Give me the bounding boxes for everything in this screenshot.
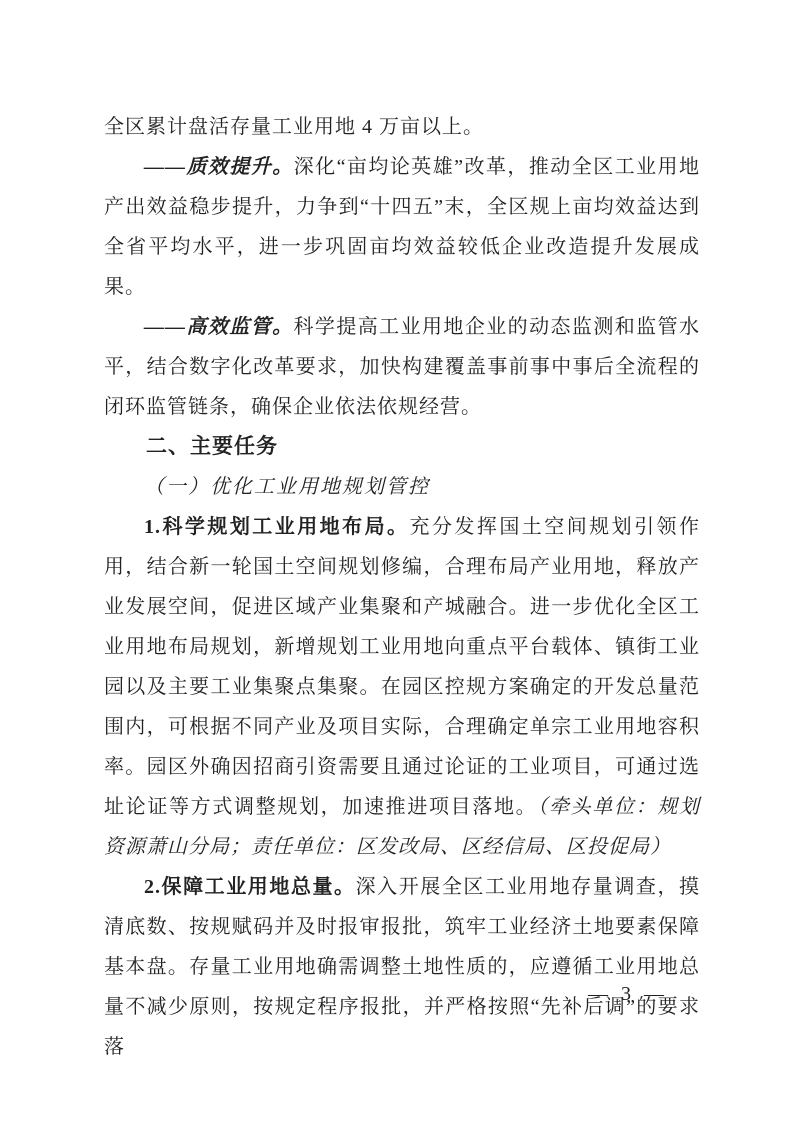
- paragraph-quality-improvement: ——质效提升。深化“亩均论英雄”改革，推动全区工业用地产出效益稳步提升，力争到“…: [104, 147, 700, 307]
- carryover-paragraph-text: 全区累计盘活存量工业用地 4 万亩以上。: [104, 116, 484, 138]
- document-page: 全区累计盘活存量工业用地 4 万亩以上。 ——质效提升。深化“亩均论英雄”改革，…: [0, 0, 800, 1132]
- task2-lead: 2.保障工业用地总量。: [144, 876, 356, 898]
- paragraph-task2: 2.保障工业用地总量。深入开展全区工业用地存量调查，摸清底数、按规赋码并及时报审…: [104, 867, 700, 1067]
- section-heading: 二、主要任务: [104, 427, 700, 467]
- task1-lead: 1.科学规划工业用地布局。: [144, 516, 410, 538]
- quality-improvement-lead: ——质效提升。: [144, 156, 294, 178]
- subsection-heading: （一）优化工业用地规划管控: [104, 467, 700, 507]
- efficient-supervision-lead: ——高效监管。: [144, 316, 294, 338]
- carryover-paragraph: 全区累计盘活存量工业用地 4 万亩以上。: [104, 107, 700, 147]
- body-text: 全区累计盘活存量工业用地 4 万亩以上。 ——质效提升。深化“亩均论英雄”改革，…: [104, 107, 700, 1067]
- task2-body: 深入开展全区工业用地存量调查，摸清底数、按规赋码并及时报审报批，筑牢工业经济土地…: [104, 876, 700, 1058]
- task1-body: 充分发挥国土空间规划引领作用，结合新一轮国土空间规划修编，合理布局产业用地，释放…: [104, 516, 700, 818]
- page-number: — 3 —: [588, 983, 668, 1006]
- paragraph-efficient-supervision: ——高效监管。科学提高工业用地企业的动态监测和监管水平，结合数字化改革要求，加快…: [104, 307, 700, 427]
- paragraph-task1: 1.科学规划工业用地布局。充分发挥国土空间规划引领作用，结合新一轮国土空间规划修…: [104, 507, 700, 867]
